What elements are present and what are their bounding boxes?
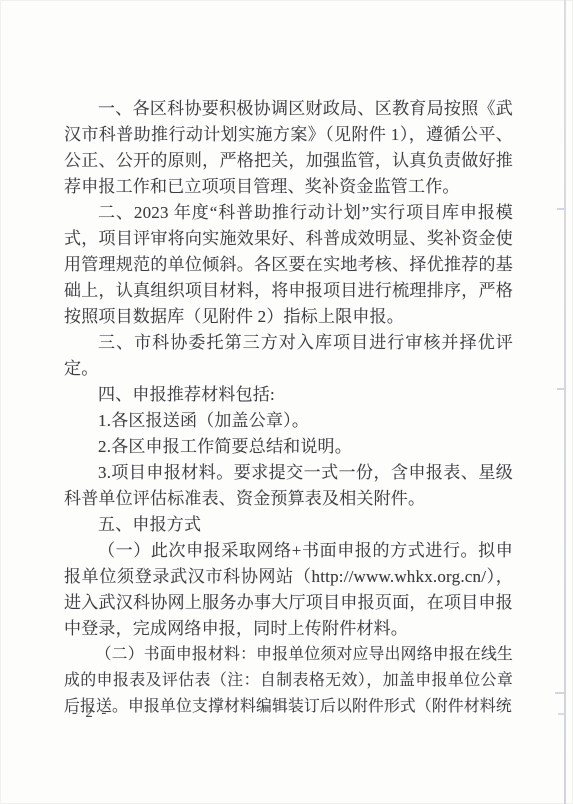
paragraph-5-1: （一）此次申报采取网络+书面申报的方式进行。拟申报单位须登录武汉市科协网站（ht… [64,538,513,642]
document-page: 一、各区科协要积极协调区财政局、区教育局按照《武汉市科普助推行动计划实施方案》（… [0,0,573,804]
page-number: - 2 - [72,705,109,722]
paragraph-3: 三、市科协委托第三方对入库项目进行审核并择优评定。 [64,330,513,382]
list-item-3: 3.项目申报材料。要求提交一式一份，含申报表、星级科普单位评估标准表、资金预算表… [64,460,513,512]
scan-artifact-tick [557,388,564,390]
paragraph-4: 四、申报推荐材料包括: [64,382,513,408]
section-heading-5: 五、申报方式 [64,512,513,538]
paragraph-2: 二、2023 年度“科普助推行动计划”实行项目库申报模式，项目评审将向实施效果好… [64,200,513,330]
scan-artifact-tick [557,208,564,210]
scan-artifact-tick [555,692,564,694]
scan-edge-line [564,0,566,804]
scan-artifact-tick [558,713,564,715]
list-item-1: 1.各区报送函（加盖公章）。 [64,408,513,434]
paragraph-5-2: （二）书面申报材料：申报单位须对应导出网络申报在线生成的申报表及评估表（注：自制… [64,642,513,720]
paragraph-1: 一、各区科协要积极协调区财政局、区教育局按照《武汉市科普助推行动计划实施方案》（… [64,96,513,200]
document-body: 一、各区科协要积极协调区财政局、区教育局按照《武汉市科普助推行动计划实施方案》（… [64,96,513,720]
list-item-2: 2.各区申报工作简要总结和说明。 [64,434,513,460]
